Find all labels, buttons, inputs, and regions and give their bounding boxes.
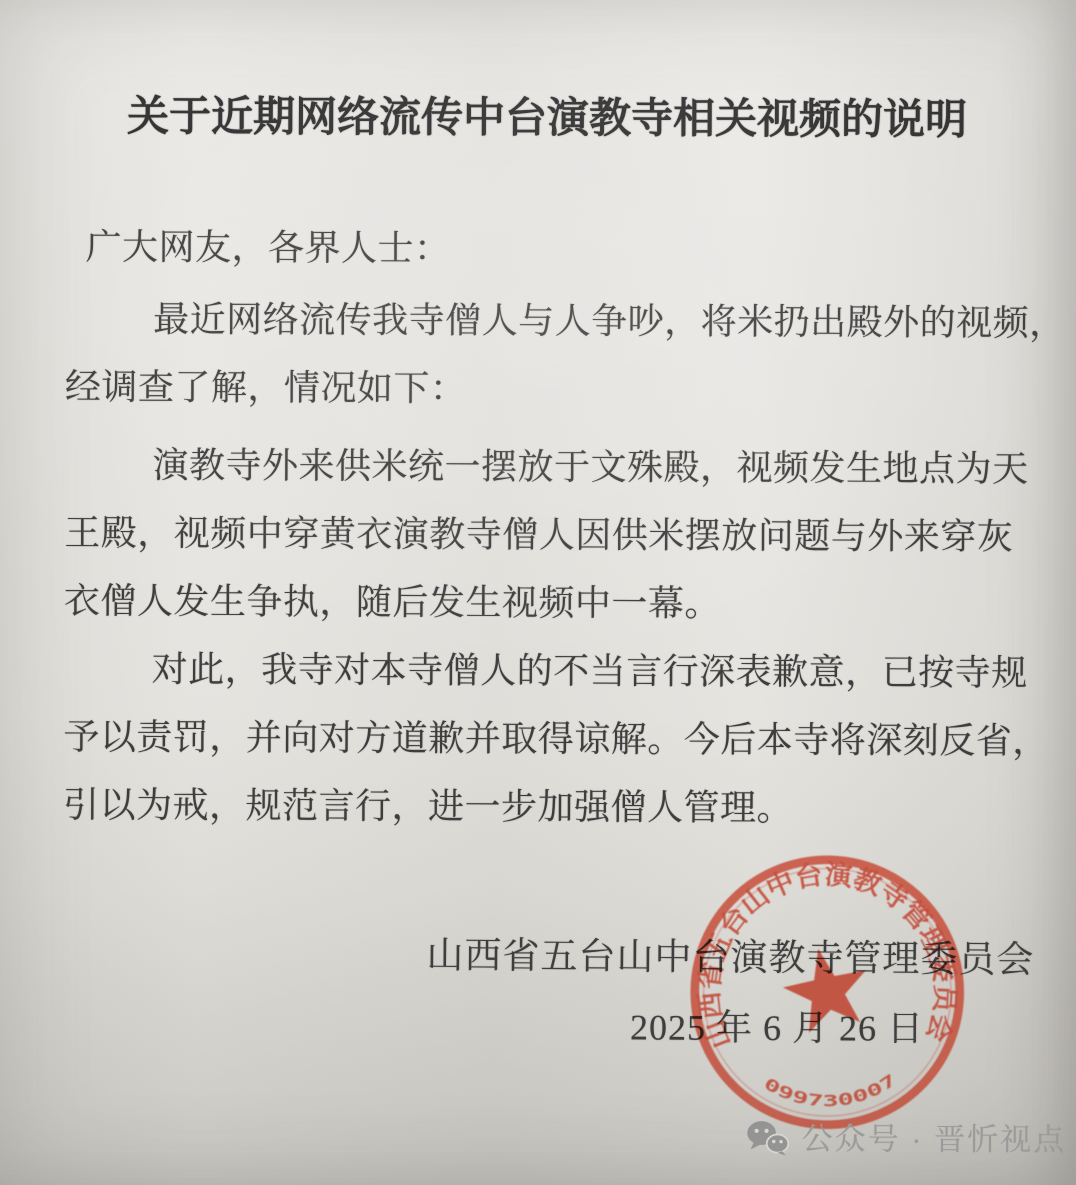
seal-star-icon [782,947,868,1033]
svg-text:山西省五台山中台演教寺管理委员会: 山西省五台山中台演教寺管理委员会 [690,854,962,1053]
body-line: 经调查了解，情况如下： [65,366,467,410]
document-content: 关于近期网络流传中台演教寺相关视频的说明 广大网友，各界人士： 最近网络流传我寺… [0,0,1076,1185]
body-line: 引以为戒，规范言行，进一步加强僧人管理。 [63,784,793,830]
body-line: 对此，我寺对本寺僧人的不当言行深表歉意，已按寺规 [152,648,1028,694]
document-title: 关于近期网络流传中台演教寺相关视频的说明 [2,96,1076,143]
seal-ring-text: 山西省五台山中台演教寺管理委员会 [690,854,962,1053]
body-line: 最近网络流传我寺僧人与人争吵，将米扔出殿外的视频， [153,298,1066,344]
body-line: 王殿，视频中穿黄衣演教寺僧人因供米摆放问题与外来穿灰 [64,512,1013,559]
watermark: 公众号 · 晋忻视点 [746,1119,1067,1158]
salutation: 广大网友，各界人士： [85,226,450,270]
official-seal: 山西省五台山中台演教寺管理委员会 1409973000720 [678,843,977,1142]
body-line: 演教寺外来供米统一摆放于文殊殿，视频发生地点为天 [152,444,1028,490]
body-line: 予以责罚，并向对方道歉并取得谅解。今后本寺将深刻反省， [63,716,1049,763]
document-photo: 关于近期网络流传中台演教寺相关视频的说明 广大网友，各界人士： 最近网络流传我寺… [0,0,1076,1185]
watermark-label: 公众号 · 晋忻视点 [802,1123,1067,1155]
wechat-icon [746,1119,790,1157]
body-line: 衣僧人发生争执，随后发生视频中一幕。 [64,580,721,625]
